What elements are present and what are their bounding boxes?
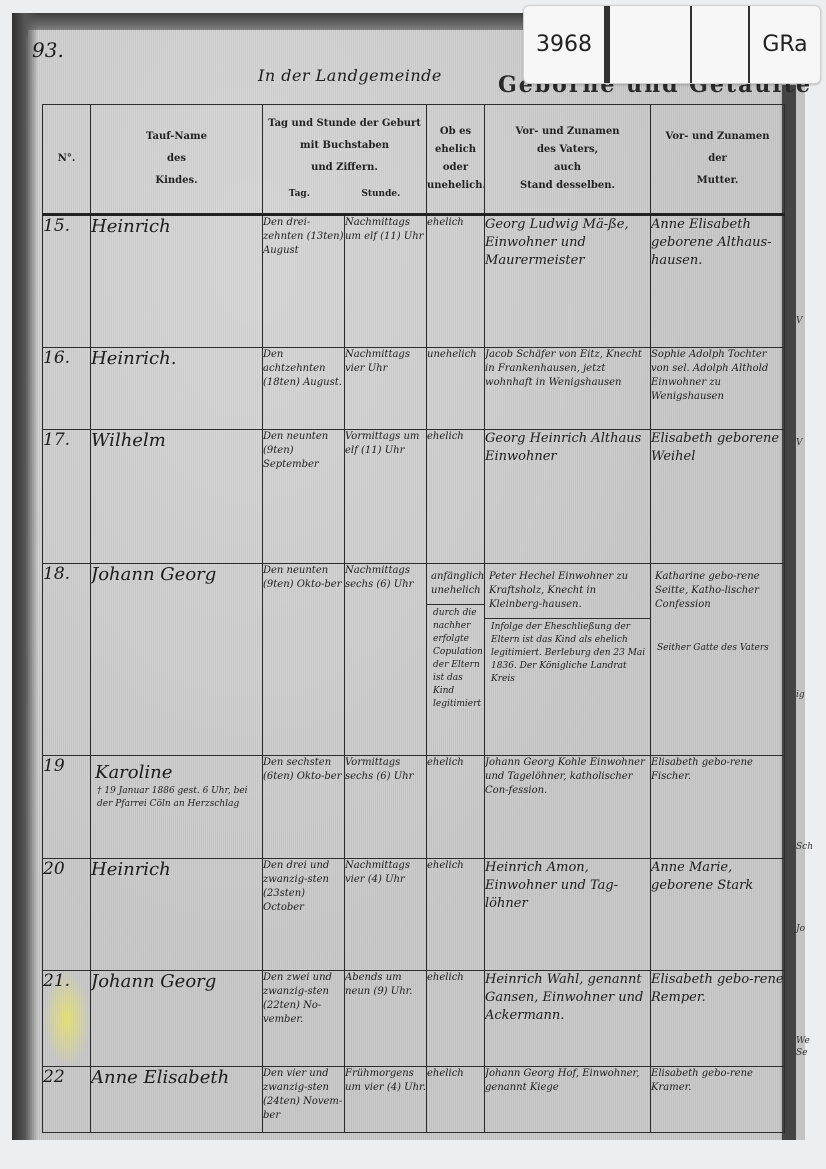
baptism-register-table: N°. Tauf-NamedesKindes. Tag und Stunde d… <box>42 104 785 1133</box>
birth-day: Den neunten (9ten) September <box>263 430 345 564</box>
birth-hour: Abends um neun (9) Uhr. <box>345 971 427 1067</box>
register-row: 16. Heinrich. Den achtzehnten (18ten) Au… <box>43 348 785 430</box>
entry-number: 20 <box>43 859 91 971</box>
father: Peter Hechel Einwohner zu Kraftsholz, Kn… <box>485 564 650 612</box>
mother: Anne Marie, geborene Stark <box>651 859 785 971</box>
birth-day: Den drei und zwanzig-sten (23sten) Octob… <box>263 859 345 971</box>
birth-hour: Vormittags um elf (11) Uhr <box>345 430 427 564</box>
father: Georg Ludwig Mä-ße, Einwohner und Maurer… <box>485 215 651 348</box>
mother-note: Seither Gatte des Vaters <box>651 640 784 655</box>
next-page-edge: V V ig Sch Jo We Se <box>796 85 805 1140</box>
birth-hour: Vormittags sechs (6) Uhr <box>345 756 427 859</box>
father: Heinrich Wahl, genannt Gansen, Einwohner… <box>485 971 651 1067</box>
father: Johann Georg Hof, Einwohner, genannt Kie… <box>485 1067 651 1133</box>
entry-number: 17. <box>43 430 91 564</box>
entry-number: 15. <box>43 215 91 348</box>
mother: Anne Elisabeth geborene Althaus-hausen. <box>651 215 785 348</box>
subheader-hour: Stunde. <box>361 183 400 205</box>
col-header-birth: Tag und Stunde der Geburtmit Buchstabenu… <box>263 105 427 215</box>
col-header-child-name: Tauf-NamedesKindes. <box>91 105 263 215</box>
next-page-fragment: V <box>796 437 805 449</box>
father: Johann Georg Kohle Einwohner und Tagelöh… <box>485 756 651 859</box>
mother: Elisabeth geborene Weihel <box>651 430 785 564</box>
col-header-legitimacy: Ob esehelichoderunehelich. <box>427 105 485 215</box>
label-empty-cell <box>610 6 690 83</box>
legitimacy: ehelich <box>427 430 485 564</box>
father: Georg Heinrich Althaus Einwohner <box>485 430 651 564</box>
child-name: Heinrich <box>91 859 263 971</box>
legitimacy-cell: anfänglich unehelich durch die nachher e… <box>427 564 485 756</box>
mother: Elisabeth gebo-rene Fischer. <box>651 756 785 859</box>
register-row: 15. Heinrich Den drei-zehnten (13ten) Au… <box>43 215 785 348</box>
label-empty-cell <box>692 6 748 83</box>
child-name: Karoline <box>91 756 262 783</box>
mother: Katharine gebo-rene Seitte, Katho-lische… <box>651 564 784 612</box>
mother: Elisabeth gebo-rene Kramer. <box>651 1067 785 1133</box>
next-page-fragment: ig <box>796 689 805 701</box>
entry-number: 19 <box>43 756 91 859</box>
father-cell: Peter Hechel Einwohner zu Kraftsholz, Kn… <box>485 564 651 756</box>
child-name: Johann Georg <box>91 971 263 1067</box>
legitimacy: ehelich <box>427 971 485 1067</box>
child-name: Heinrich. <box>91 348 263 430</box>
legitimacy: ehelich <box>427 1067 485 1133</box>
legitimacy-note: durch die nachher erfolgte Copulation de… <box>427 605 484 711</box>
legitimacy: ehelich <box>427 859 485 971</box>
register-row: 21. Johann Georg Den zwei und zwanzig-st… <box>43 971 785 1067</box>
father: Heinrich Amon, Einwohner und Tag-löhner <box>485 859 651 971</box>
next-page-fragment: Se <box>796 1047 805 1059</box>
scan-left-shadow <box>12 13 38 1140</box>
parish-heading: In der Landgemeinde <box>258 66 442 85</box>
entry-number: 18. <box>43 564 91 756</box>
col-header-mother: Vor- und ZunamenderMutter. <box>651 105 785 215</box>
mother-cell: Katharine gebo-rene Seitte, Katho-lische… <box>651 564 785 756</box>
folio-number: 93. <box>32 38 64 62</box>
child-name-cell: Karoline † 19 Januar 1886 gest. 6 Uhr, b… <box>91 756 263 859</box>
mother: Sophie Adolph Tochter von sel. Adolph Al… <box>651 348 785 430</box>
birth-day: Den sechsten (6ten) Okto-ber <box>263 756 345 859</box>
birth-day: Den drei-zehnten (13ten) August <box>263 215 345 348</box>
birth-day: Den zwei und zwanzig-sten (22ten) No-vem… <box>263 971 345 1067</box>
father-note: Infolge der Eheschließung der Eltern ist… <box>485 619 650 686</box>
birth-hour: Nachmittags vier Uhr <box>345 348 427 430</box>
legitimacy: ehelich <box>427 215 485 348</box>
child-name: Heinrich <box>91 215 263 348</box>
birth-day: Den neunten (9ten) Okto-ber <box>263 564 345 756</box>
next-page-fragment: V <box>796 315 805 327</box>
col-header-number: N°. <box>43 105 91 215</box>
next-page-fragment: We <box>796 1035 805 1047</box>
birth-hour: Nachmittags um elf (11) Uhr <box>345 215 427 348</box>
father: Jacob Schäfer von Eitz, Knecht in Franke… <box>485 348 651 430</box>
register-row: 19 Karoline † 19 Januar 1886 gest. 6 Uhr… <box>43 756 785 859</box>
birth-hour: Nachmittags sechs (6) Uhr <box>345 564 427 756</box>
child-name: Anne Elisabeth <box>91 1067 263 1133</box>
birth-hour: Nachmittags vier (4) Uhr <box>345 859 427 971</box>
legitimacy: anfänglich unehelich <box>427 564 484 598</box>
mother: Elisabeth gebo-rene Remper. <box>651 971 785 1067</box>
register-row: 22 Anne Elisabeth Den vier und zwanzig-s… <box>43 1067 785 1133</box>
child-name: Johann Georg <box>91 564 263 756</box>
register-row: 18. Johann Georg Den neunten (9ten) Okto… <box>43 564 785 756</box>
legitimacy: unehelich <box>427 348 485 430</box>
next-page-fragment: Jo <box>796 923 805 935</box>
entry-number: 22 <box>43 1067 91 1133</box>
birth-hour: Frühmorgens um vier (4) Uhr. <box>345 1067 427 1133</box>
col-header-father: Vor- und Zunamendes Vaters,auchStand des… <box>485 105 651 215</box>
entry-number: 21. <box>43 971 91 1067</box>
archive-number: 3968 <box>524 6 604 83</box>
header-row: N°. Tauf-NamedesKindes. Tag und Stunde d… <box>43 105 785 215</box>
next-page-fragment: Sch <box>796 841 805 853</box>
legitimacy: ehelich <box>427 756 485 859</box>
archive-code: GRa <box>750 6 820 83</box>
death-note: † 19 Januar 1886 gest. 6 Uhr, bei der Pf… <box>91 783 262 811</box>
archive-label: 3968 GRa <box>523 5 821 84</box>
subheader-day: Tag. <box>289 183 310 205</box>
register-row: 17. Wilhelm Den neunten (9ten) September… <box>43 430 785 564</box>
birth-day: Den achtzehnten (18ten) August. <box>263 348 345 430</box>
register-row: 20 Heinrich Den drei und zwanzig-sten (2… <box>43 859 785 971</box>
birth-day: Den vier und zwanzig-sten (24ten) Novem-… <box>263 1067 345 1133</box>
entry-number: 16. <box>43 348 91 430</box>
child-name: Wilhelm <box>91 430 263 564</box>
